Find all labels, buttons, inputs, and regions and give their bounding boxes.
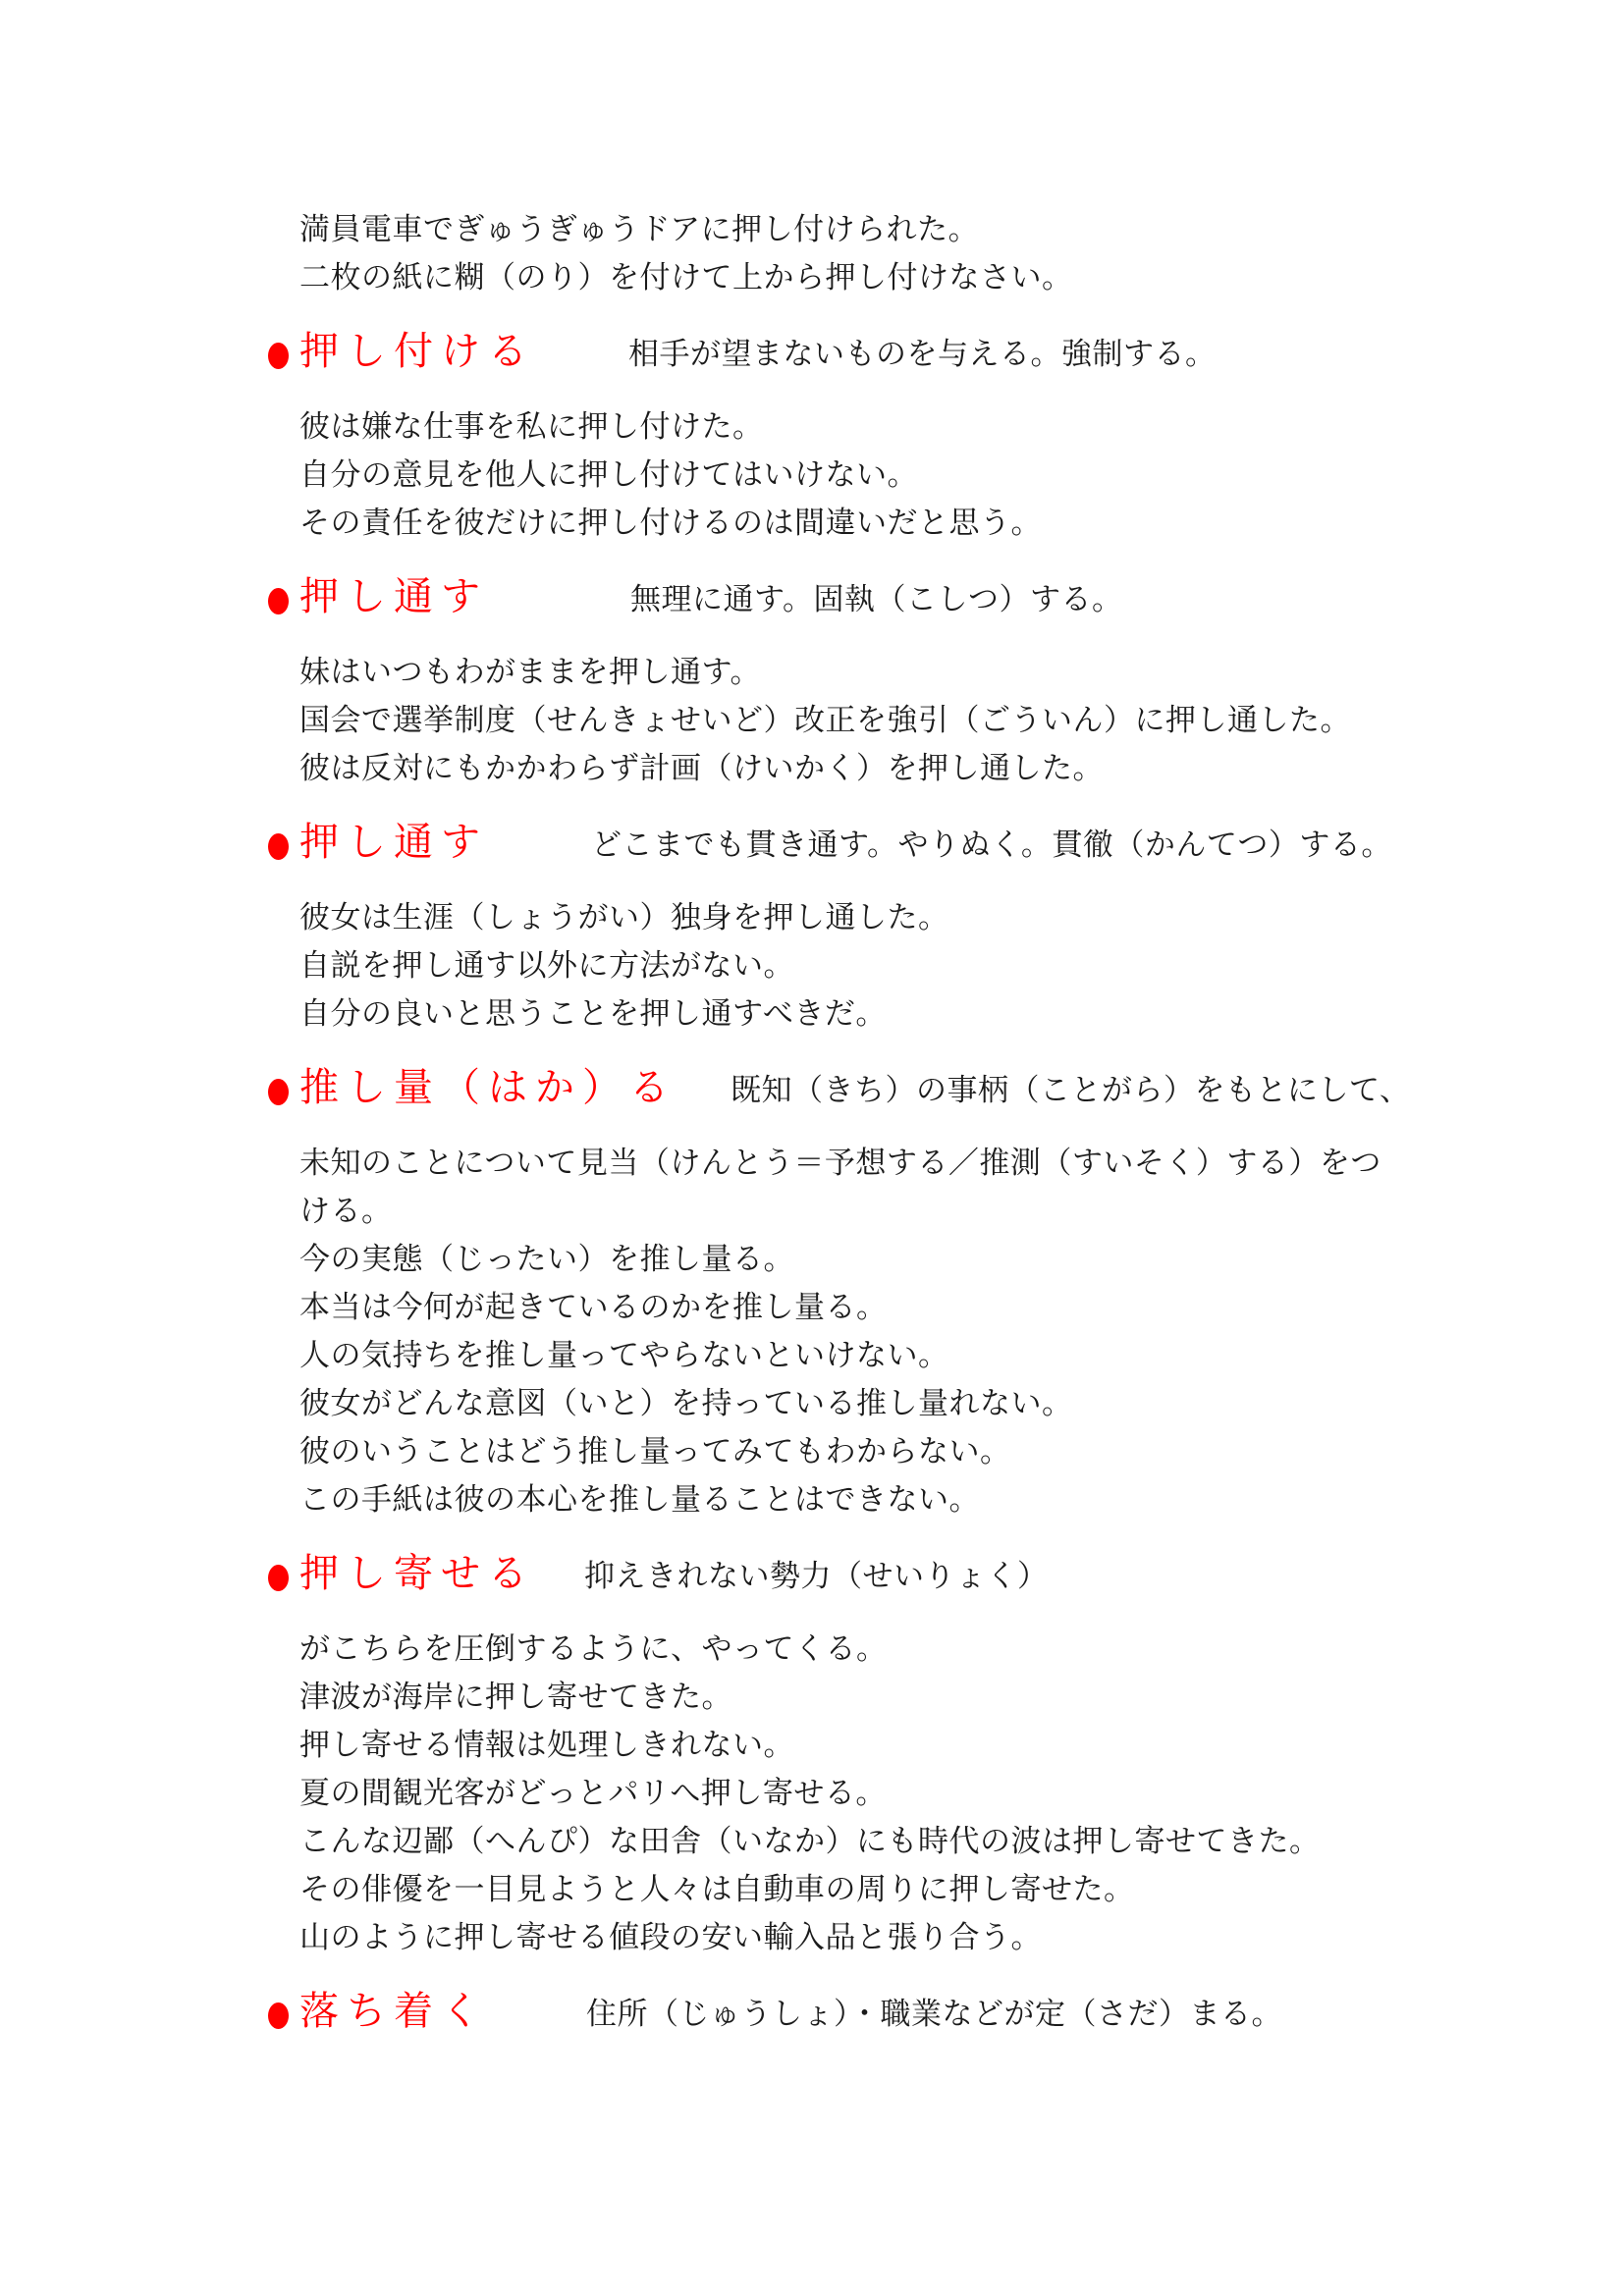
- bullet-icon: [268, 588, 289, 614]
- example-sentence: 満員電車でぎゅうぎゅうドアに押し付けられた。: [0, 206, 1624, 254]
- entry-heading: 押し通す どこまでも貫き通す。やりぬく。貫徹（かんてつ）する。: [0, 817, 1624, 871]
- example-sentence: 彼女は生涯（しょうがい）独身を押し通した。: [0, 894, 1624, 942]
- entry-definition: どこまでも貫き通す。やりぬく。貫徹（かんてつ）する。: [591, 820, 1392, 871]
- example-sentence: この手紙は彼の本心を推し量ることはできない。: [0, 1476, 1624, 1524]
- entry-heading: 推し量（はか）る 既知（きち）の事柄（ことがら）をもとにして、: [0, 1062, 1624, 1116]
- entry-oshitoosu-1: 押し通す 無理に通す。固執（こしつ）する。 妹はいつもわがままを押し通す。 国会…: [0, 571, 1624, 793]
- entry-headword: 押し通す: [299, 571, 488, 622]
- bullet-icon: [268, 1565, 289, 1591]
- document-page: 満員電車でぎゅうぎゅうドアに押し付けられた。 二枚の紙に糊（のり）を付けて上から…: [0, 0, 1624, 2296]
- example-sentence: 津波が海岸に押し寄せてきた。: [0, 1674, 1624, 1722]
- example-sentence: 彼のいうことはどう推し量ってみてもわからない。: [0, 1428, 1624, 1476]
- example-sentence: 彼は嫌な仕事を私に押し付けた。: [0, 403, 1624, 452]
- bullet-icon: [268, 833, 289, 860]
- entry-headword: 押し寄せる: [299, 1548, 535, 1599]
- entry-definition: 相手が望まないものを与える。強制する。: [628, 329, 1217, 380]
- example-sentence: その責任を彼だけに押し付けるのは間違いだと思う。: [0, 500, 1624, 548]
- example-sentence: こんな辺鄙（へんぴ）な田舎（いなか）にも時代の波は押し寄せてきた。: [0, 1818, 1624, 1866]
- example-sentence: がこちらを圧倒するように、やってくる。: [0, 1626, 1624, 1674]
- example-sentence: 自説を押し通す以外に方法がない。: [0, 942, 1624, 990]
- entry-definition: 抑えきれない勢力（せいりょく）: [584, 1551, 1049, 1602]
- example-sentence: 本当は今何が起きているのかを推し量る。: [0, 1284, 1624, 1332]
- entry-heading: 押し付ける 相手が望まないものを与える。強制する。: [0, 326, 1624, 380]
- entry-headword: 落ち着く: [299, 1986, 488, 2037]
- example-sentence: 山のように押し寄せる値段の安い輸入品と張り合う。: [0, 1914, 1624, 1962]
- bullet-icon: [268, 2002, 289, 2029]
- entry-heading: 落ち着く 住所（じゅうしょ）・職業などが定（さだ）まる。: [0, 1986, 1624, 2040]
- entry-oshitoosu-2: 押し通す どこまでも貫き通す。やりぬく。貫徹（かんてつ）する。 彼女は生涯（しょ…: [0, 817, 1624, 1039]
- example-sentence: 妹はいつもわがままを押し通す。: [0, 649, 1624, 697]
- entry-ochitsuku: 落ち着く 住所（じゅうしょ）・職業などが定（さだ）まる。: [0, 1986, 1624, 2040]
- example-sentence: 自分の良いと思うことを押し通すべきだ。: [0, 990, 1624, 1039]
- entry-heading: 押し寄せる 抑えきれない勢力（せいりょく）: [0, 1548, 1624, 1602]
- example-sentence: 自分の意見を他人に押し付けてはいけない。: [0, 452, 1624, 500]
- example-sentence: ける。: [0, 1188, 1624, 1236]
- entry-oshiyoseru: 押し寄せる 抑えきれない勢力（せいりょく） がこちらを圧倒するように、やってくる…: [0, 1548, 1624, 1962]
- intro-examples: 満員電車でぎゅうぎゅうドアに押し付けられた。 二枚の紙に糊（のり）を付けて上から…: [0, 206, 1624, 302]
- entry-definition: 住所（じゅうしょ）・職業などが定（さだ）まる。: [586, 1989, 1282, 2040]
- entry-definition: 無理に通す。固執（こしつ）する。: [630, 574, 1123, 625]
- example-sentence: 彼女がどんな意図（いと）を持っている推し量れない。: [0, 1380, 1624, 1428]
- example-sentence: 夏の間観光客がどっとパリへ押し寄せる。: [0, 1770, 1624, 1818]
- example-sentence: 今の実態（じったい）を推し量る。: [0, 1236, 1624, 1284]
- entry-oshihakaru: 推し量（はか）る 既知（きち）の事柄（ことがら）をもとにして、 未知のことについ…: [0, 1062, 1624, 1524]
- bullet-icon: [268, 343, 289, 369]
- entry-definition: 既知（きち）の事柄（ことがら）をもとにして、: [731, 1065, 1410, 1116]
- entry-headword: 推し量（はか）る: [299, 1062, 677, 1113]
- example-sentence: 未知のことについて見当（けんとう＝予想する／推測（すいそく）する）をつ: [0, 1140, 1624, 1188]
- bullet-icon: [268, 1079, 289, 1105]
- entry-oshitsukeru: 押し付ける 相手が望まないものを与える。強制する。 彼は嫌な仕事を私に押し付けた…: [0, 326, 1624, 548]
- example-sentence: 国会で選挙制度（せんきょせいど）改正を強引（ごういん）に押し通した。: [0, 697, 1624, 745]
- example-sentence: 二枚の紙に糊（のり）を付けて上から押し付けなさい。: [0, 254, 1624, 302]
- entry-headword: 押し付ける: [299, 326, 535, 377]
- example-sentence: 彼は反対にもかかわらず計画（けいかく）を押し通した。: [0, 745, 1624, 793]
- example-sentence: 人の気持ちを推し量ってやらないといけない。: [0, 1332, 1624, 1380]
- example-sentence: その俳優を一目見ようと人々は自動車の周りに押し寄せた。: [0, 1866, 1624, 1914]
- example-sentence: 押し寄せる情報は処理しきれない。: [0, 1722, 1624, 1770]
- entry-headword: 押し通す: [299, 817, 488, 868]
- entry-heading: 押し通す 無理に通す。固執（こしつ）する。: [0, 571, 1624, 625]
